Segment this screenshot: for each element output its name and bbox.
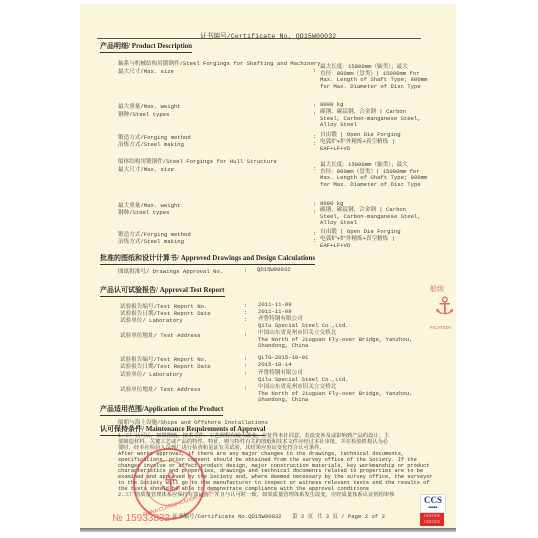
test-2-report-date-label: 试验报告日期/Test Report Date xyxy=(120,362,211,370)
drawings-approval-label: 图纸批准号/ Drawings Approval No. xyxy=(118,267,223,275)
colon: : xyxy=(313,110,316,117)
ccs-logo: CCS ■■■■■ xyxy=(420,494,446,513)
ccs-logo-text: CCS xyxy=(421,495,445,506)
test-2-laboratory: 齐鲁特钢有限公司 Qilu Special Steel Co.,Ltd. xyxy=(258,370,349,383)
footer-certificate-number: 证书编号/Certificate No.QD15W00032 xyxy=(172,512,282,520)
test-1-laboratory-label: 试验单位/ Laboratory xyxy=(120,316,183,324)
product-1-max-size-value: 最大长度：15000mm（轴类）；最大 直径：800mm（盘类）| 15000m… xyxy=(320,64,427,90)
colon: : xyxy=(244,302,247,309)
section-approved-drawings: 批准的图纸和设计计算书/ Approved Drawings and Desig… xyxy=(100,253,315,265)
colon: : xyxy=(313,237,316,244)
test-2-laboratory-label: 试验单位/ Laboratory xyxy=(120,370,183,378)
product-1-steel-types-value: 碳钢、碳锰钢、合金钢 | Carbon Steel, Carbon-mangan… xyxy=(320,109,421,129)
product-1-max-weight-label: 最大重量/Max. weight xyxy=(118,102,181,110)
colon: : xyxy=(244,267,247,274)
anchor-icon: ⚓ xyxy=(159,468,182,498)
ccs-logo-subtext: ■■■■■ xyxy=(421,506,445,509)
colon: : xyxy=(244,316,247,323)
ccs-security-label: CCS CCS CCS CCS xyxy=(420,513,444,526)
colon: : xyxy=(313,230,316,237)
colon: : xyxy=(313,102,316,109)
product-2-steel-making-label: 冶炼方式/Steel making xyxy=(118,237,184,245)
section-application: 产品适用范围/Application of the Product xyxy=(100,404,223,416)
seal-text: FICATION xyxy=(430,325,451,330)
product-2-steel-types-value: 碳钢、碳锰钢、合金钢 | Carbon Steel, Carbon-mangan… xyxy=(320,207,421,227)
ccs-seal-stamp-partial: 船级 ⚓ FICATION xyxy=(430,284,470,332)
colon: : xyxy=(313,201,316,208)
colon: : xyxy=(244,385,247,392)
colon: : xyxy=(244,362,247,369)
product-1-steel-types-label: 钢种/Steel types xyxy=(118,110,169,118)
test-1-address-label: 试验单位地址/ Test Address xyxy=(120,331,201,339)
section-approval-test-report: 产品认可试验报告/ Approval Test Report xyxy=(100,285,225,297)
test-1-address: 中国山东省兖州市旧关立交桥北 The North of Jiuguan Fly-… xyxy=(258,330,412,350)
page-edge-shadow xyxy=(80,528,456,532)
colon: : xyxy=(313,208,316,215)
colon: : xyxy=(244,309,247,316)
drawings-approval-value: QD15W00032 xyxy=(257,267,291,274)
product-2-steel-types-label: 钢种/Steel types xyxy=(118,208,169,216)
colon: : xyxy=(313,67,316,74)
test-2-address-label: 试验单位地址/ Test Address xyxy=(120,385,201,393)
colon: : xyxy=(313,133,316,140)
ccs-seal-stamp: ⚓ CHINA CLASSIFICATION SOCIETY xyxy=(133,448,205,520)
product-1-steel-making-value: 电弧炉+炉外精炼+真空精炼 | EAF+LF+VD xyxy=(320,139,395,152)
colon: : xyxy=(244,355,247,362)
product-2-max-size-value: 最大长度：15000mm（轴类）；最大 直径：800mm（盘类）| 15000m… xyxy=(320,162,427,188)
colon: : xyxy=(244,331,247,338)
colon: : xyxy=(244,370,247,377)
product-1-name: 轴系与机械结构用锻钢件/Steel Forgings for Shafting … xyxy=(118,59,321,67)
page-indicator: 第 2 页 共 3 页 / Page 2 of 3 xyxy=(292,512,385,520)
colon: : xyxy=(313,140,316,147)
anchor-icon: ⚓ xyxy=(434,292,456,320)
test-2-report-date: 2015-10-14 xyxy=(258,362,292,369)
colon: : xyxy=(313,165,316,172)
header-rule xyxy=(97,38,421,39)
section-product-description: 产品明细/ Product Description xyxy=(100,41,192,53)
serial-number: № 15933832 xyxy=(112,513,170,524)
product-2-steel-making-value: 电弧炉+炉外精炼+真空精炼 | EAF+LF+VD xyxy=(320,236,395,249)
test-2-address: 中国山东省兖州市旧关立交桥北 The North of Jiuguan Fly-… xyxy=(258,384,412,404)
product-2-name: 船体结构用锻钢件/Steel Forgings for Hull Structu… xyxy=(118,157,277,165)
product-2-max-size-label: 最大尺寸/Max. size xyxy=(118,165,174,173)
test-1-laboratory: 齐鲁特钢有限公司 Qilu Special Steel Co.,Ltd. xyxy=(258,316,349,329)
product-1-steel-making-label: 冶炼方式/Steel making xyxy=(118,140,184,148)
product-1-max-size-label: 最大尺寸/Max. size xyxy=(118,67,174,75)
